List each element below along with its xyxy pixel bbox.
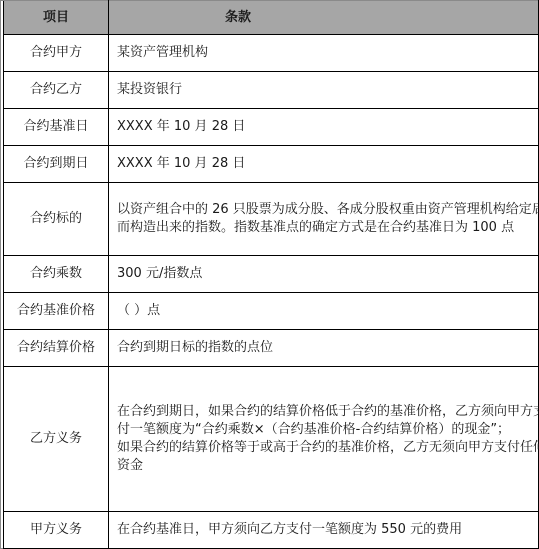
row-value-line: 资金 bbox=[117, 457, 530, 475]
row-value-line: 如果合约的结算价格等于或高于合约的基准价格，乙方无须向甲方支付任何 bbox=[117, 439, 530, 457]
row-value: XXXX 年 10 月 28 日 bbox=[109, 146, 539, 183]
row-value: XXXX 年 10 月 28 日 bbox=[109, 109, 539, 146]
row-label: 合约基准日 bbox=[4, 109, 109, 146]
row-label: 合约乙方 bbox=[4, 72, 109, 109]
row-value: 300 元/指数点 bbox=[109, 256, 539, 293]
table-header-row: 项目 条款 bbox=[4, 1, 539, 35]
row-value: （ ）点 bbox=[109, 293, 539, 330]
row-value: 某投资银行 bbox=[109, 72, 539, 109]
row-label: 乙方义务 bbox=[4, 367, 109, 512]
table-row-underlying: 合约标的 以资产组合中的 26 只股票为成分股、各成分股权重由资产管理机构给定后… bbox=[4, 183, 539, 256]
row-value-line: 付一笔额度为“合约乘数×（合约基准价格-合约结算价格）的现金”； bbox=[117, 421, 530, 439]
row-value-line: 在合约到期日，如果合约的结算价格低于合约的基准价格，乙方须向甲方支 bbox=[117, 403, 530, 421]
table-row-base-price: 合约基准价格 （ ）点 bbox=[4, 293, 539, 330]
row-label: 甲方义务 bbox=[4, 512, 109, 549]
row-value: 在合约到期日，如果合约的结算价格低于合约的基准价格，乙方须向甲方支 付一笔额度为… bbox=[109, 367, 539, 512]
table-row-expiry-date: 合约到期日 XXXX 年 10 月 28 日 bbox=[4, 146, 539, 183]
table-row-party-a: 合约甲方 某资产管理机构 bbox=[4, 35, 539, 72]
row-value-line: 以资产组合中的 26 只股票为成分股、各成分股权重由资产管理机构给定后 bbox=[117, 201, 530, 219]
contract-terms-table: 项目 条款 合约甲方 某资产管理机构 合约乙方 某投资银行 合约基准日 XXXX… bbox=[3, 0, 539, 549]
table-row-multiplier: 合约乘数 300 元/指数点 bbox=[4, 256, 539, 293]
table-row-base-date: 合约基准日 XXXX 年 10 月 28 日 bbox=[4, 109, 539, 146]
row-label: 合约到期日 bbox=[4, 146, 109, 183]
row-value: 某资产管理机构 bbox=[109, 35, 539, 72]
column-header-item: 项目 bbox=[4, 1, 109, 35]
table-row-party-b: 合约乙方 某投资银行 bbox=[4, 72, 539, 109]
row-value-line: 而构造出来的指数。指数基准点的确定方式是在合约基准日为 100 点 bbox=[117, 219, 530, 237]
row-value: 合约到期日标的指数的点位 bbox=[109, 330, 539, 367]
row-value: 在合约基准日，甲方须向乙方支付一笔额度为 550 元的费用 bbox=[109, 512, 539, 549]
row-label: 合约乘数 bbox=[4, 256, 109, 293]
row-label: 合约甲方 bbox=[4, 35, 109, 72]
table-row-settlement-price: 合约结算价格 合约到期日标的指数的点位 bbox=[4, 330, 539, 367]
table-row-party-b-obligation: 乙方义务 在合约到期日，如果合约的结算价格低于合约的基准价格，乙方须向甲方支 付… bbox=[4, 367, 539, 512]
row-label: 合约基准价格 bbox=[4, 293, 109, 330]
column-header-terms: 条款 bbox=[109, 1, 539, 35]
table-row-party-a-obligation: 甲方义务 在合约基准日，甲方须向乙方支付一笔额度为 550 元的费用 bbox=[4, 512, 539, 549]
row-label: 合约结算价格 bbox=[4, 330, 109, 367]
row-label: 合约标的 bbox=[4, 183, 109, 256]
row-value: 以资产组合中的 26 只股票为成分股、各成分股权重由资产管理机构给定后 而构造出… bbox=[109, 183, 539, 256]
